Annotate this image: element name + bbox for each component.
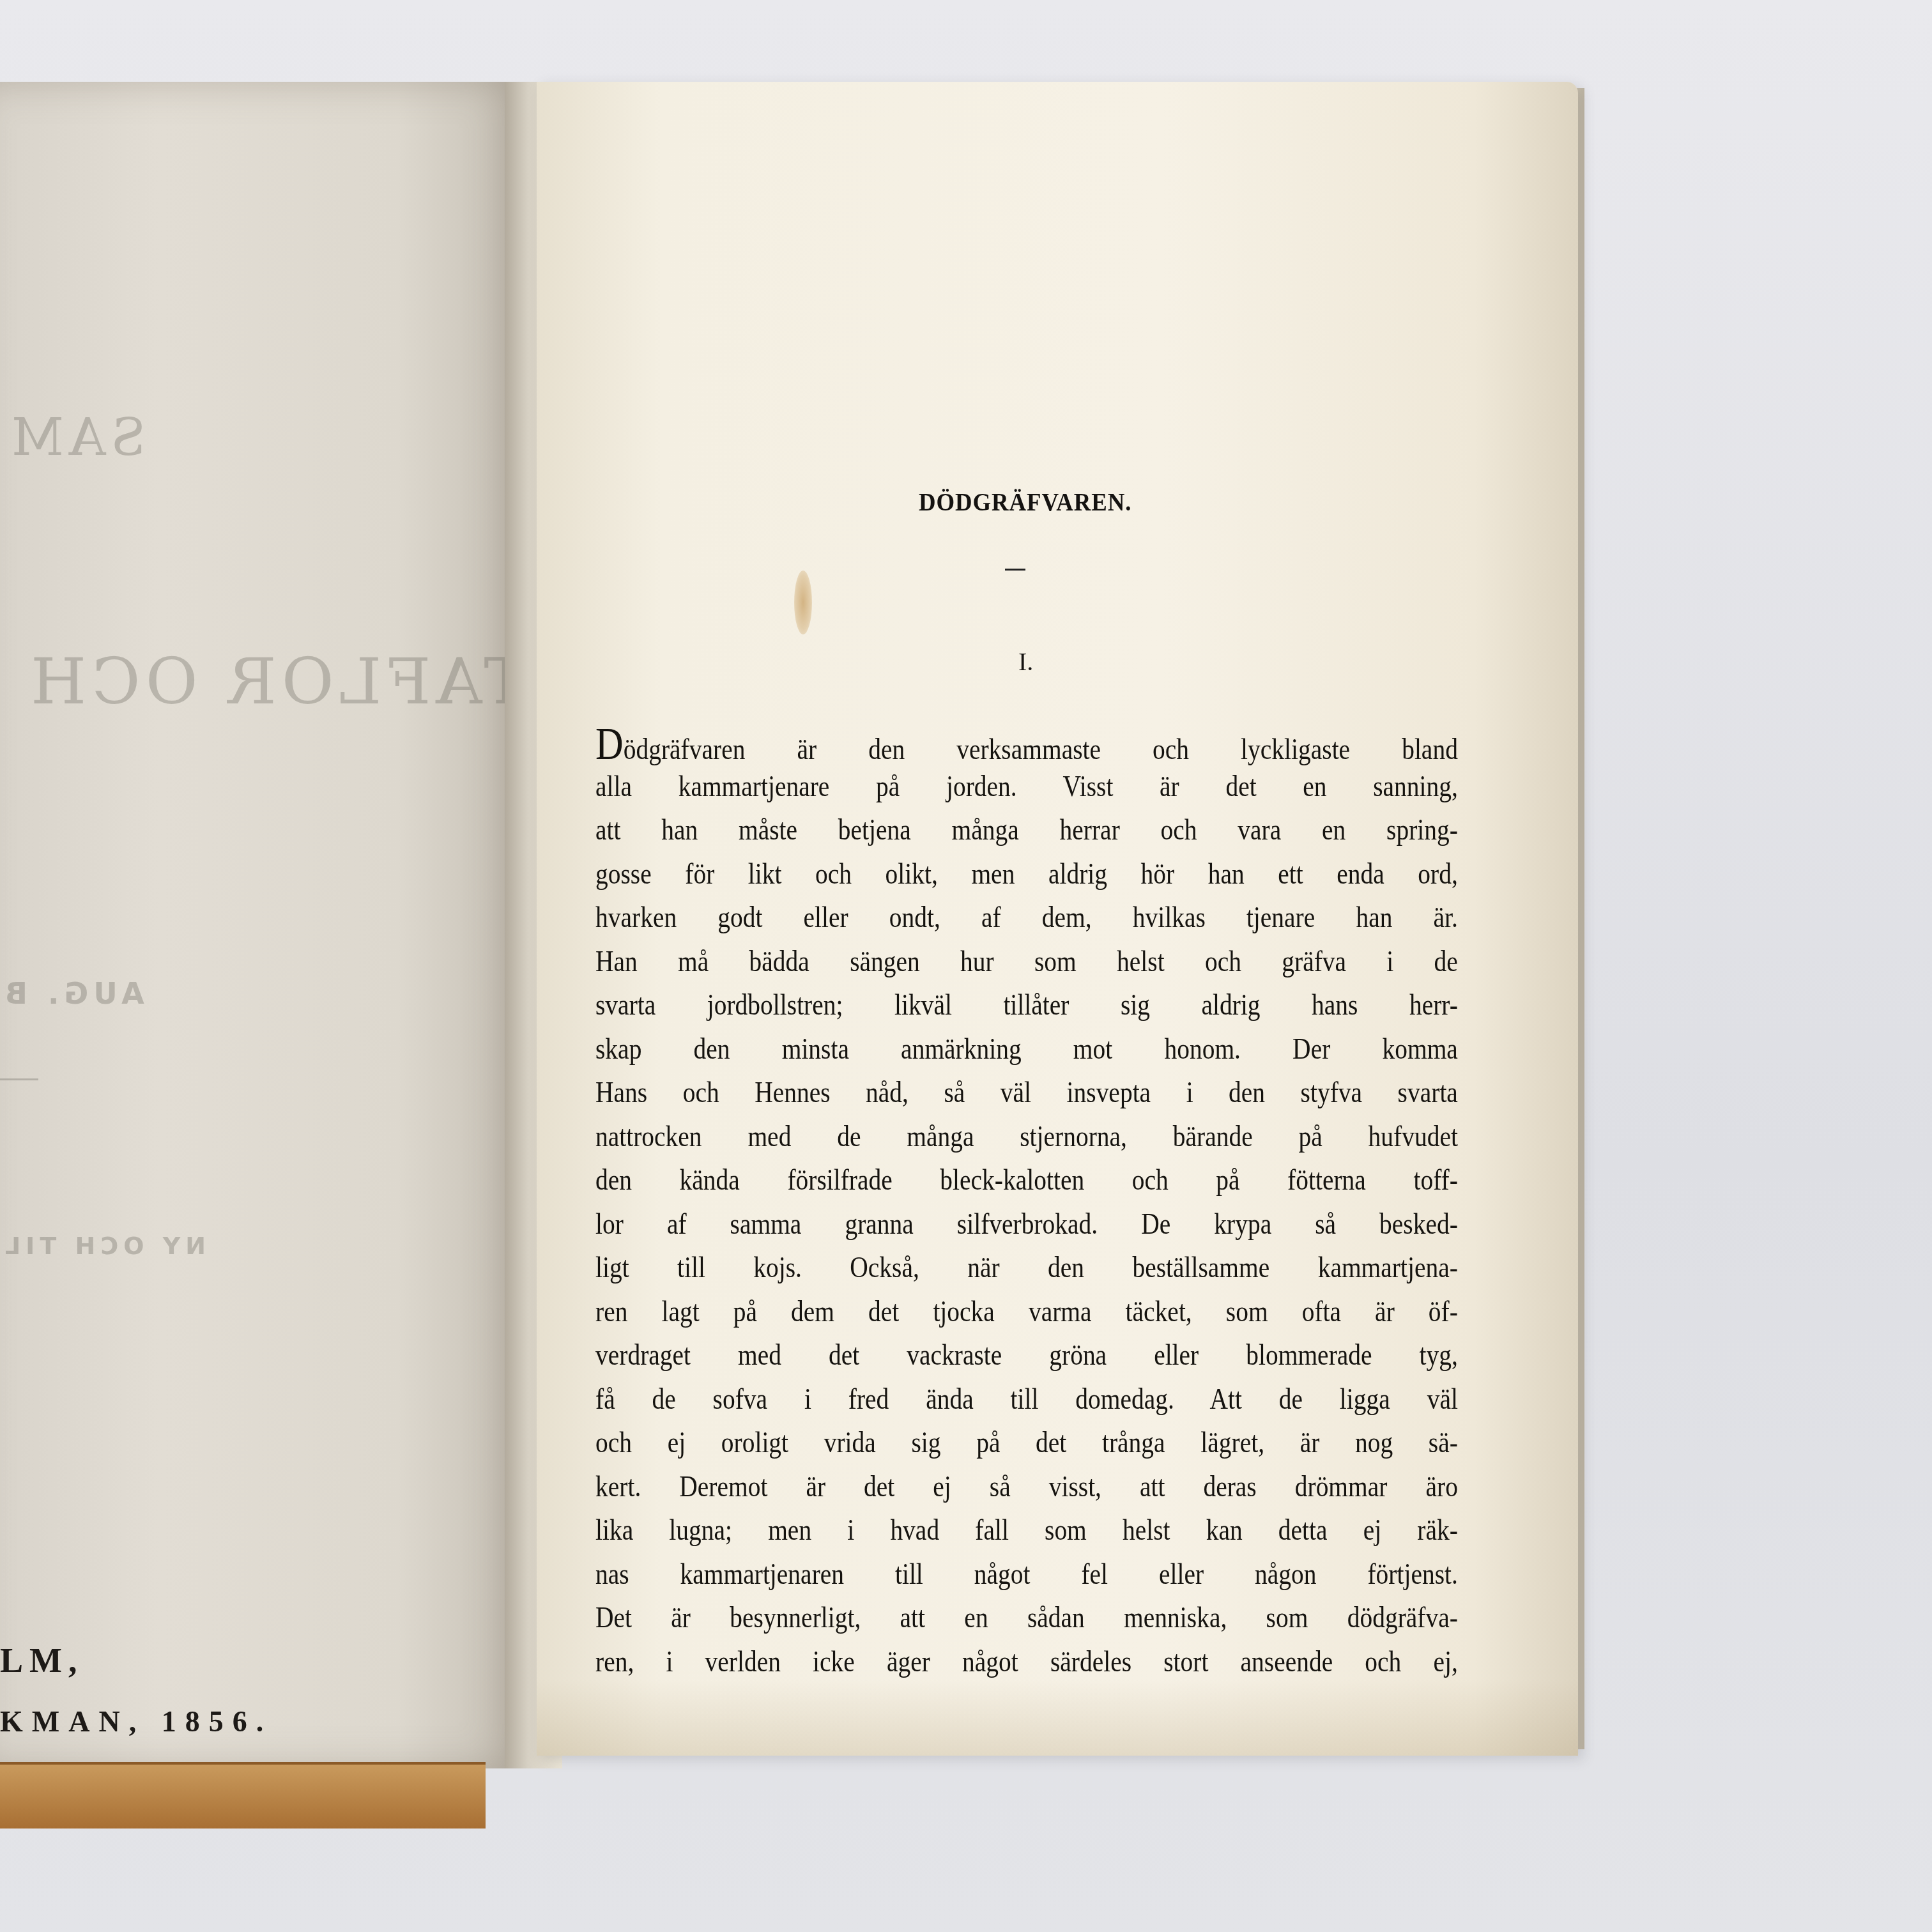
bleed-through-text: SAM [6,408,146,467]
photo-scene: SAM TAFLOR OCH AUG. B NY OCH TIL LM, KMA… [0,0,1932,1932]
text-line: få de sofva i fred ända till domedag. At… [595,1377,1458,1422]
text-line: nattrocken med de många stjernorna, bära… [595,1115,1458,1159]
text-line: Hans och Hennes nåd, så väl insvepta i d… [595,1071,1458,1115]
text-line: ren, i verlden icke äger något särdeles … [595,1640,1458,1684]
chapter-title: DÖDGRÄFVAREN. [919,487,1131,517]
text-line: Han må bädda sängen hur som helst och gr… [595,940,1458,984]
text-line: svarta jordbollstren; likväl tillåter si… [595,983,1458,1027]
text-line: att han måste betjena många herrar och v… [595,808,1458,852]
foxing-stain [794,571,812,634]
text-line: den kända försilfrade bleck-kalotten och… [595,1158,1458,1202]
text-line: kert. Deremot är det ej så visst, att de… [595,1465,1458,1509]
text-line: lika lugna; men i hvad fall som helst ka… [595,1508,1458,1552]
text-line: alla kammartjenare på jorden. Visst är d… [595,765,1458,809]
text-line: ligt till kojs. Också, när den beställsa… [595,1246,1458,1290]
text-line: Dödgräfvaren är den verksammaste och lyc… [595,721,1458,765]
text-line: lor af samma granna silfverbrokad. De kr… [595,1202,1458,1246]
text-line: ren lagt på dem det tjocka varma täcket,… [595,1290,1458,1334]
bleed-through-text: TAFLOR OCH [26,644,526,719]
text-line: nas kammartjenaren till något fel eller … [595,1552,1458,1597]
imprint-publisher-year: KMAN, 1856. [0,1705,272,1738]
leather-cover-edge [0,1762,486,1828]
text-line: hvarken godt eller ondt, af dem, hvilkas… [595,896,1458,940]
title-rule [1005,569,1025,571]
text-line: och ej oroligt vrida sig på det trånga l… [595,1421,1458,1465]
imprint-city: LM, [0,1641,84,1680]
text-line: verdraget med det vackraste gröna eller … [595,1333,1458,1377]
section-number: I. [1018,647,1033,677]
text-line: Det är besynnerligt, att en sådan mennis… [595,1596,1458,1640]
bleed-through-rule [0,1078,38,1080]
bleed-through-text: AUG. B [0,976,144,1011]
body-text: Dödgräfvaren är den verksammaste och lyc… [595,721,1458,1683]
left-page: SAM TAFLOR OCH AUG. B NY OCH TIL LM, KMA… [0,82,530,1768]
text-line: skap den minsta anmärkning mot honom. De… [595,1027,1458,1071]
bleed-through-text: NY OCH TIL [0,1232,206,1260]
drop-cap: D [595,718,624,769]
text-line: gosse för likt och olikt, men aldrig hör… [595,852,1458,896]
